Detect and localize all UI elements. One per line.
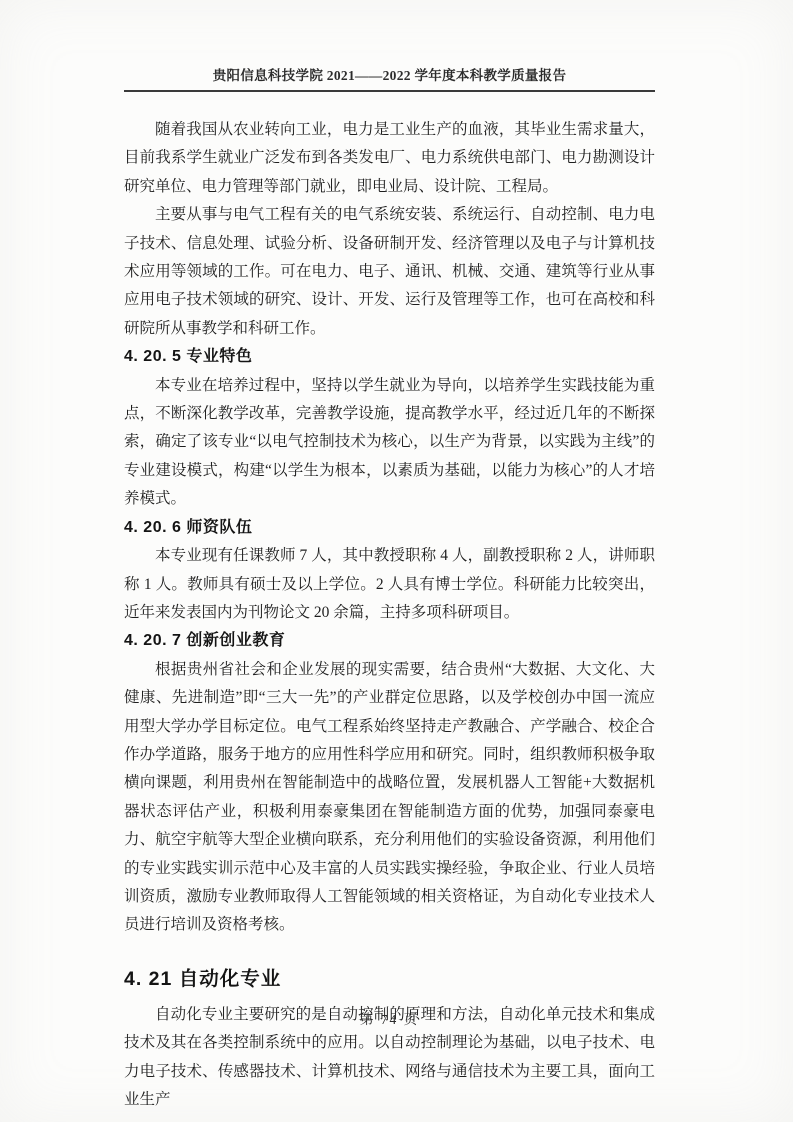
document-page: 贵阳信息科技学院 2021——2022 学年度本科教学质量报告 随着我国从农业转… — [0, 0, 793, 1122]
heading-4-20-5-specialty-features: 4. 20. 5 专业特色 — [124, 343, 655, 371]
page-content: 贵阳信息科技学院 2021——2022 学年度本科教学质量报告 随着我国从农业转… — [124, 64, 655, 1114]
page-footer: 第 74 页 — [124, 1008, 655, 1028]
paragraph-employment: 随着我国从农业转向工业，电力是工业生产的血液，其毕业生需求量大，目前我系学生就业… — [124, 116, 655, 201]
paragraph-specialty-features: 本专业在培养过程中，坚持以学生就业为导向，以培养学生实践技能为重点，不断深化教学… — [124, 372, 655, 514]
page-number: 第 74 页 — [360, 1012, 419, 1027]
page-header: 贵阳信息科技学院 2021——2022 学年度本科教学质量报告 — [124, 64, 655, 92]
paragraph-innovation-education: 根据贵州省社会和企业发展的现实需要，结合贵州“大数据、大文化、大健康、先进制造”… — [124, 656, 655, 940]
heading-4-21-automation-major: 4. 21 自动化专业 — [124, 965, 655, 993]
heading-4-20-7-innovation-education: 4. 20. 7 创新创业教育 — [124, 627, 655, 655]
paragraph-career-fields: 主要从事与电气工程有关的电气系统安装、系统运行、自动控制、电力电子技术、信息处理… — [124, 201, 655, 343]
paragraph-faculty-team: 本专业现有任课教师 7 人，其中教授职称 4 人，副教授职称 2 人，讲师职称 … — [124, 542, 655, 627]
heading-4-20-6-faculty-team: 4. 20. 6 师资队伍 — [124, 514, 655, 542]
report-title: 贵阳信息科技学院 2021——2022 学年度本科教学质量报告 — [124, 64, 655, 84]
